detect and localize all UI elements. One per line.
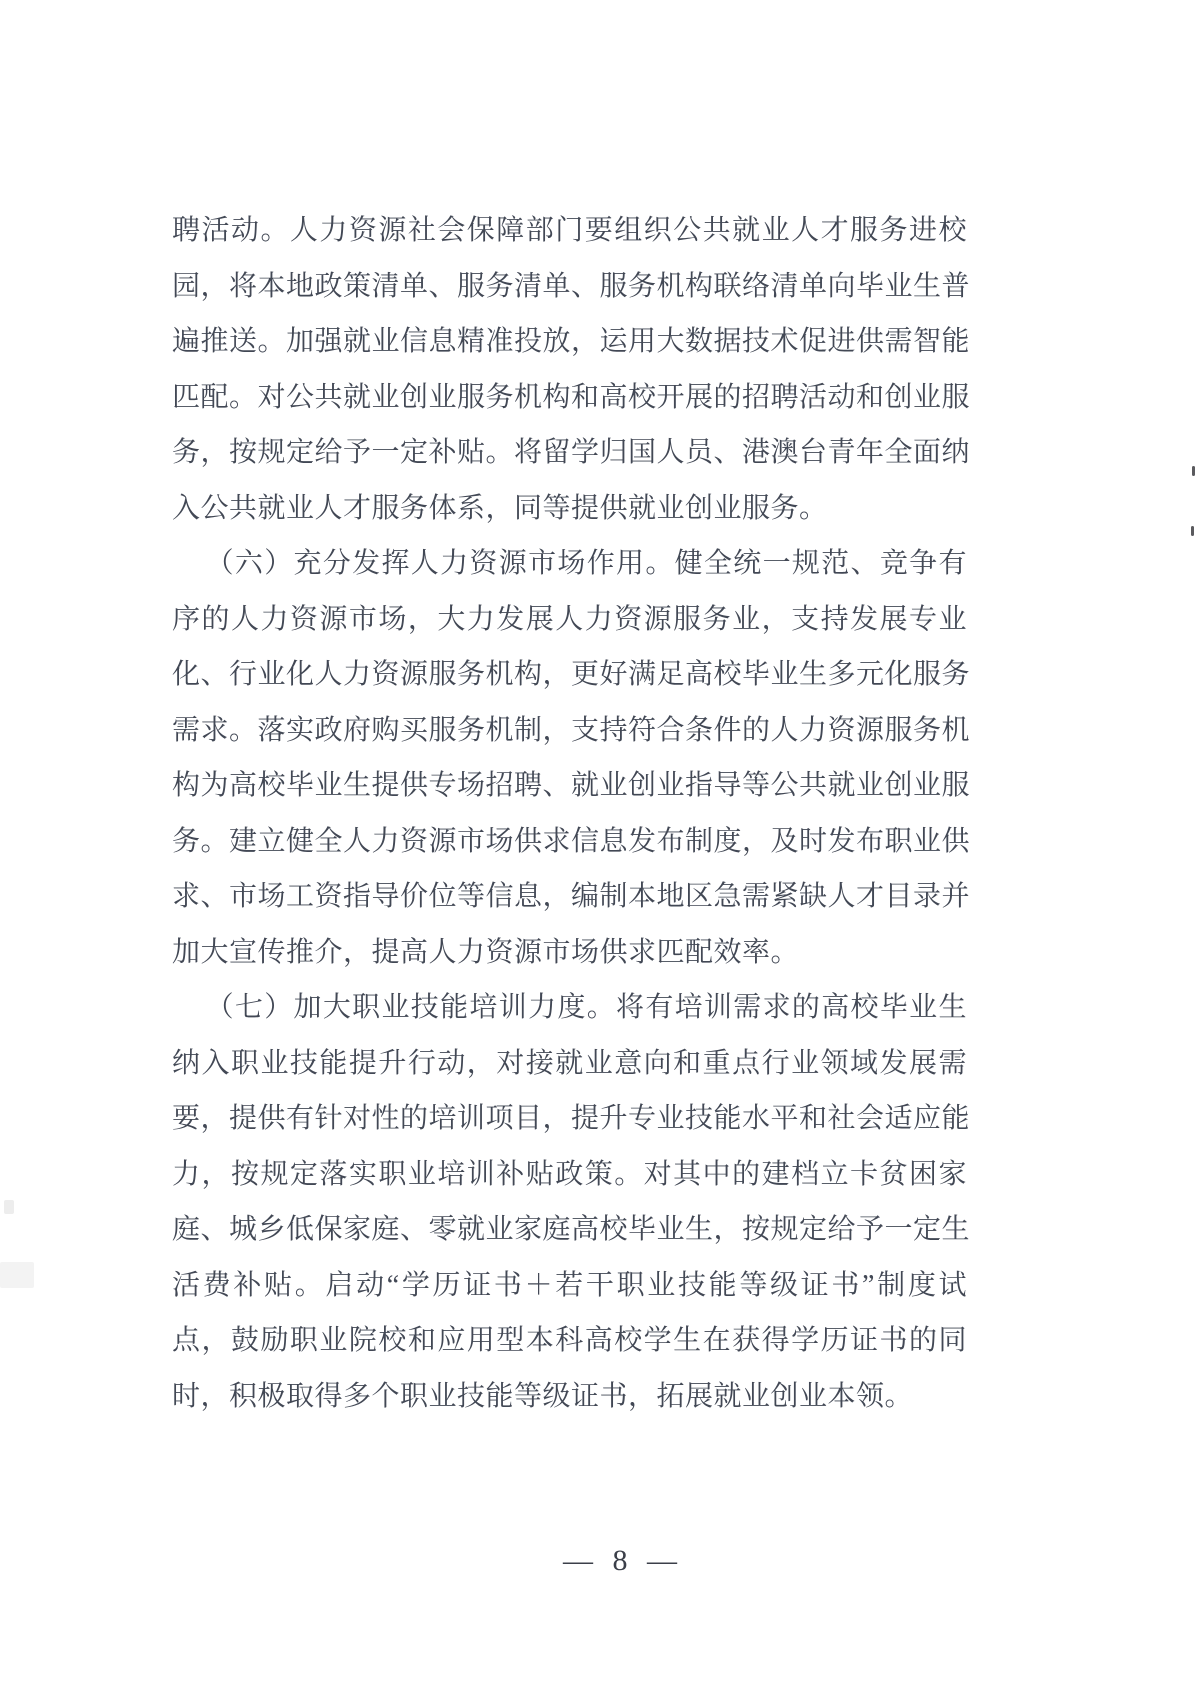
text-line: 求、市场工资指导价位等信息，编制本地区急需紧缺人才目录并 [172,869,967,925]
text-line: 入公共就业人才服务体系，同等提供就业创业服务。 [172,481,967,537]
text-line: 活费补贴。启动“学历证书＋若干职业技能等级证书”制度试 [172,1258,967,1314]
scan-artifact-smudge [4,1200,14,1214]
text-line: 点，鼓励职业院校和应用型本科高校学生在获得学历证书的同 [172,1313,967,1369]
text-block: 聘活动。人力资源社会保障部门要组织公共就业人才服务进校 园，将本地政策清单、服务… [172,203,967,1424]
text-line: 序的人力资源市场，大力发展人力资源服务业，支持发展专业 [172,592,967,648]
page-number: — 8 — [0,1544,1200,1578]
text-line paragraph-start: （六）充分发挥人力资源市场作用。健全统一规范、竞争有 [172,536,967,592]
text-line: 需求。落实政府购买服务机制，支持符合条件的人力资源服务机 [172,703,967,759]
text-line: 加大宣传推介，提高人力资源市场供求匹配效率。 [172,925,967,981]
text-line: 匹配。对公共就业创业服务机构和高校开展的招聘活动和创业服 [172,370,967,426]
text-line: 纳入职业技能提升行动，对接就业意向和重点行业领域发展需 [172,1036,967,1092]
text-line: 园，将本地政策清单、服务清单、服务机构联络清单向毕业生普 [172,259,967,315]
text-line: 要，提供有针对性的培训项目，提升专业技能水平和社会适应能 [172,1091,967,1147]
text-line: 化、行业化人力资源服务机构，更好满足高校毕业生多元化服务 [172,647,967,703]
text-line paragraph-start: （七）加大职业技能培训力度。将有培训需求的高校毕业生 [172,980,967,1036]
text-line: 力，按规定落实职业培训补贴政策。对其中的建档立卡贫困家 [172,1147,967,1203]
text-line: 庭、城乡低保家庭、零就业家庭高校毕业生，按规定给予一定生 [172,1202,967,1258]
scan-artifact-mark [1192,466,1195,476]
text-line: 构为高校毕业生提供专场招聘、就业创业指导等公共就业创业服 [172,758,967,814]
text-line: 务，按规定给予一定补贴。将留学归国人员、港澳台青年全面纳 [172,425,967,481]
document-page: 聘活动。人力资源社会保障部门要组织公共就业人才服务进校 园，将本地政策清单、服务… [0,0,1200,1698]
text-line: 务。建立健全人力资源市场供求信息发布制度，及时发布职业供 [172,814,967,870]
scan-artifact-mark [1191,526,1194,536]
text-line: 聘活动。人力资源社会保障部门要组织公共就业人才服务进校 [172,203,967,259]
text-line: 时，积极取得多个职业技能等级证书，拓展就业创业本领。 [172,1369,967,1425]
text-line: 遍推送。加强就业信息精准投放，运用大数据技术促进供需智能 [172,314,967,370]
scan-artifact-smudge [0,1262,34,1288]
